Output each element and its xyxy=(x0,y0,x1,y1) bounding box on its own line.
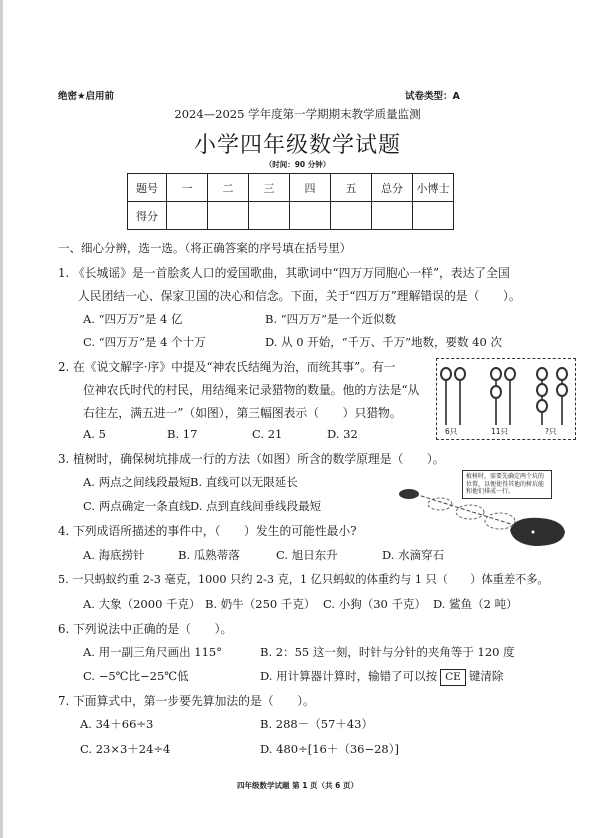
q6-option-b[interactable]: B. 2：55 这一刻，时针与分针的夹角等于 120 度 xyxy=(260,644,515,660)
paper-type-label: 试卷类型：A xyxy=(405,88,460,102)
section-heading: 一、细心分辨，选一选。（将正确答案的序号填在括号里） xyxy=(58,240,351,256)
q4-option-d[interactable]: D. 水滴穿石 xyxy=(382,547,444,563)
score-cell: 五 xyxy=(331,174,372,202)
exam-time: （时间：90 分钟） xyxy=(0,159,595,170)
q2-option-d[interactable]: D. 32 xyxy=(327,427,358,441)
q7-option-b[interactable]: B. 288－（57＋43） xyxy=(260,716,373,732)
q3-option-d[interactable]: D. 点到直线间垂线段最短 xyxy=(190,498,321,514)
q1-option-a[interactable]: A. “四万万”是 4 亿 xyxy=(83,311,183,327)
q3-option-a[interactable]: A. 两点之间线段最短 xyxy=(83,474,191,490)
q6-option-d-text: D. 用计算器计算时，输错了可以按 xyxy=(260,669,437,683)
q7-option-d[interactable]: D. 480÷[16＋（36−28）] xyxy=(260,741,399,757)
q1-option-c[interactable]: C. “四万万”是 4 个十万 xyxy=(83,334,206,350)
question-5-line-1: 5. 一只蚂蚁约重 2-3 毫克，1000 只约 2-3 克，1 亿只蚂蚁的体重… xyxy=(58,571,549,587)
exam-title: 小学四年级数学试题 xyxy=(0,128,595,159)
question-4-line-1: 4. 下列成语所描述的事件中，（ ）发生的可能性最小? xyxy=(58,522,357,539)
score-cell: 一 xyxy=(167,174,208,202)
question-1-line-2: 人民团结一心、保家卫国的决心和信念。下面，关于“四万万”理解错误的是（ ）。 xyxy=(78,287,521,304)
figure-label-1: 6只 xyxy=(445,426,457,437)
score-cell: 题号 xyxy=(128,174,167,202)
q7-option-c[interactable]: C. 23×3＋24÷4 xyxy=(80,741,170,757)
q7-option-a[interactable]: A. 34＋66÷3 xyxy=(80,716,153,732)
q4-option-a[interactable]: A. 海底捞针 xyxy=(83,547,145,563)
score-table-header-row: 题号 一 二 三 四 五 总分 小博士 xyxy=(128,174,454,202)
score-table: 题号 一 二 三 四 五 总分 小博士 得分 xyxy=(127,173,454,230)
question-2-line-1: 2. 在《说文解字·序》中提及“神农氏结绳为治，而统其事”。有一 xyxy=(58,358,396,375)
figure-label-2: 11只 xyxy=(491,426,508,437)
score-cell: 二 xyxy=(208,174,249,202)
q1-option-b[interactable]: B. “四万万”是一个近似数 xyxy=(265,311,396,327)
q6-option-d[interactable]: D. 用计算器计算时，输错了可以按CE键清除 xyxy=(260,668,503,686)
page-footer: 四年级数学试题 第 1 页（共 6 页） xyxy=(0,780,595,791)
q4-option-c[interactable]: C. 旭日东升 xyxy=(276,547,338,563)
q1-option-d[interactable]: D. 从 0 开始，“千万、千万”地数，要数 40 次 xyxy=(265,334,502,350)
q6-option-c[interactable]: C. −5℃比−25℃低 xyxy=(83,668,189,684)
q3-option-c[interactable]: C. 两点确定一条直线 xyxy=(83,498,191,514)
score-table-score-row: 得分 xyxy=(128,202,454,230)
score-blank[interactable] xyxy=(249,202,290,230)
q6-option-d-suffix: 键清除 xyxy=(469,669,504,683)
score-blank[interactable] xyxy=(413,202,454,230)
score-cell: 总分 xyxy=(372,174,413,202)
question-3-line-1: 3. 植树时，确保树坑排成一行的方法（如图）所含的数学原理是（ ）。 xyxy=(58,450,445,467)
score-cell: 四 xyxy=(290,174,331,202)
q6-option-a[interactable]: A. 用一副三角尺画出 115° xyxy=(83,644,222,660)
score-row-label: 得分 xyxy=(128,202,167,230)
confidential-label: 绝密★启用前 xyxy=(58,88,114,102)
scan-edge xyxy=(0,0,3,838)
question-6-line-1: 6. 下列说法中正确的是（ ）。 xyxy=(58,620,232,637)
score-blank[interactable] xyxy=(331,202,372,230)
figure-label-3: ?只 xyxy=(545,426,556,437)
score-cell: 三 xyxy=(249,174,290,202)
knot-rope-figure: 6只 11只 ?只 xyxy=(436,358,576,440)
question-2-line-2: 位神农氏时代的村民，用结绳来记录猎物的数量。他的方法是“从 xyxy=(83,381,419,398)
q2-option-a[interactable]: A. 5 xyxy=(83,427,106,441)
score-cell: 小博士 xyxy=(413,174,454,202)
question-7-line-1: 7. 下面算式中，第一步要先算加法的是（ ）。 xyxy=(58,692,315,709)
q2-option-c[interactable]: C. 21 xyxy=(252,427,282,441)
q4-option-b[interactable]: B. 瓜熟蒂落 xyxy=(178,547,240,563)
q2-option-b[interactable]: B. 17 xyxy=(167,427,197,441)
score-blank[interactable] xyxy=(372,202,413,230)
tree-pit-figure xyxy=(395,480,575,552)
score-blank[interactable] xyxy=(167,202,208,230)
q5-option-d[interactable]: D. 鲨鱼（2 吨） xyxy=(433,596,518,612)
question-2-line-3: 右往左，满五进一”（如图），第三幅图表示（ ）只猎物。 xyxy=(83,404,402,421)
q5-option-c[interactable]: C. 小狗（30 千克） xyxy=(323,596,426,612)
q5-option-b[interactable]: B. 奶牛（250 千克） xyxy=(205,596,315,612)
ce-key-icon: CE xyxy=(440,669,466,686)
q5-option-a[interactable]: A. 大象（2000 千克） xyxy=(83,596,201,612)
q3-option-b[interactable]: B. 直线可以无限延长 xyxy=(190,474,298,490)
score-blank[interactable] xyxy=(208,202,249,230)
question-1-line-1: 1. 《长城谣》是一首脍炙人口的爱国歌曲，其歌词中“四万万同胞心一样”，表达了全… xyxy=(58,264,510,281)
score-blank[interactable] xyxy=(290,202,331,230)
exam-subtitle: 2024—2025 学年度第一学期期末教学质量监测 xyxy=(0,106,595,122)
